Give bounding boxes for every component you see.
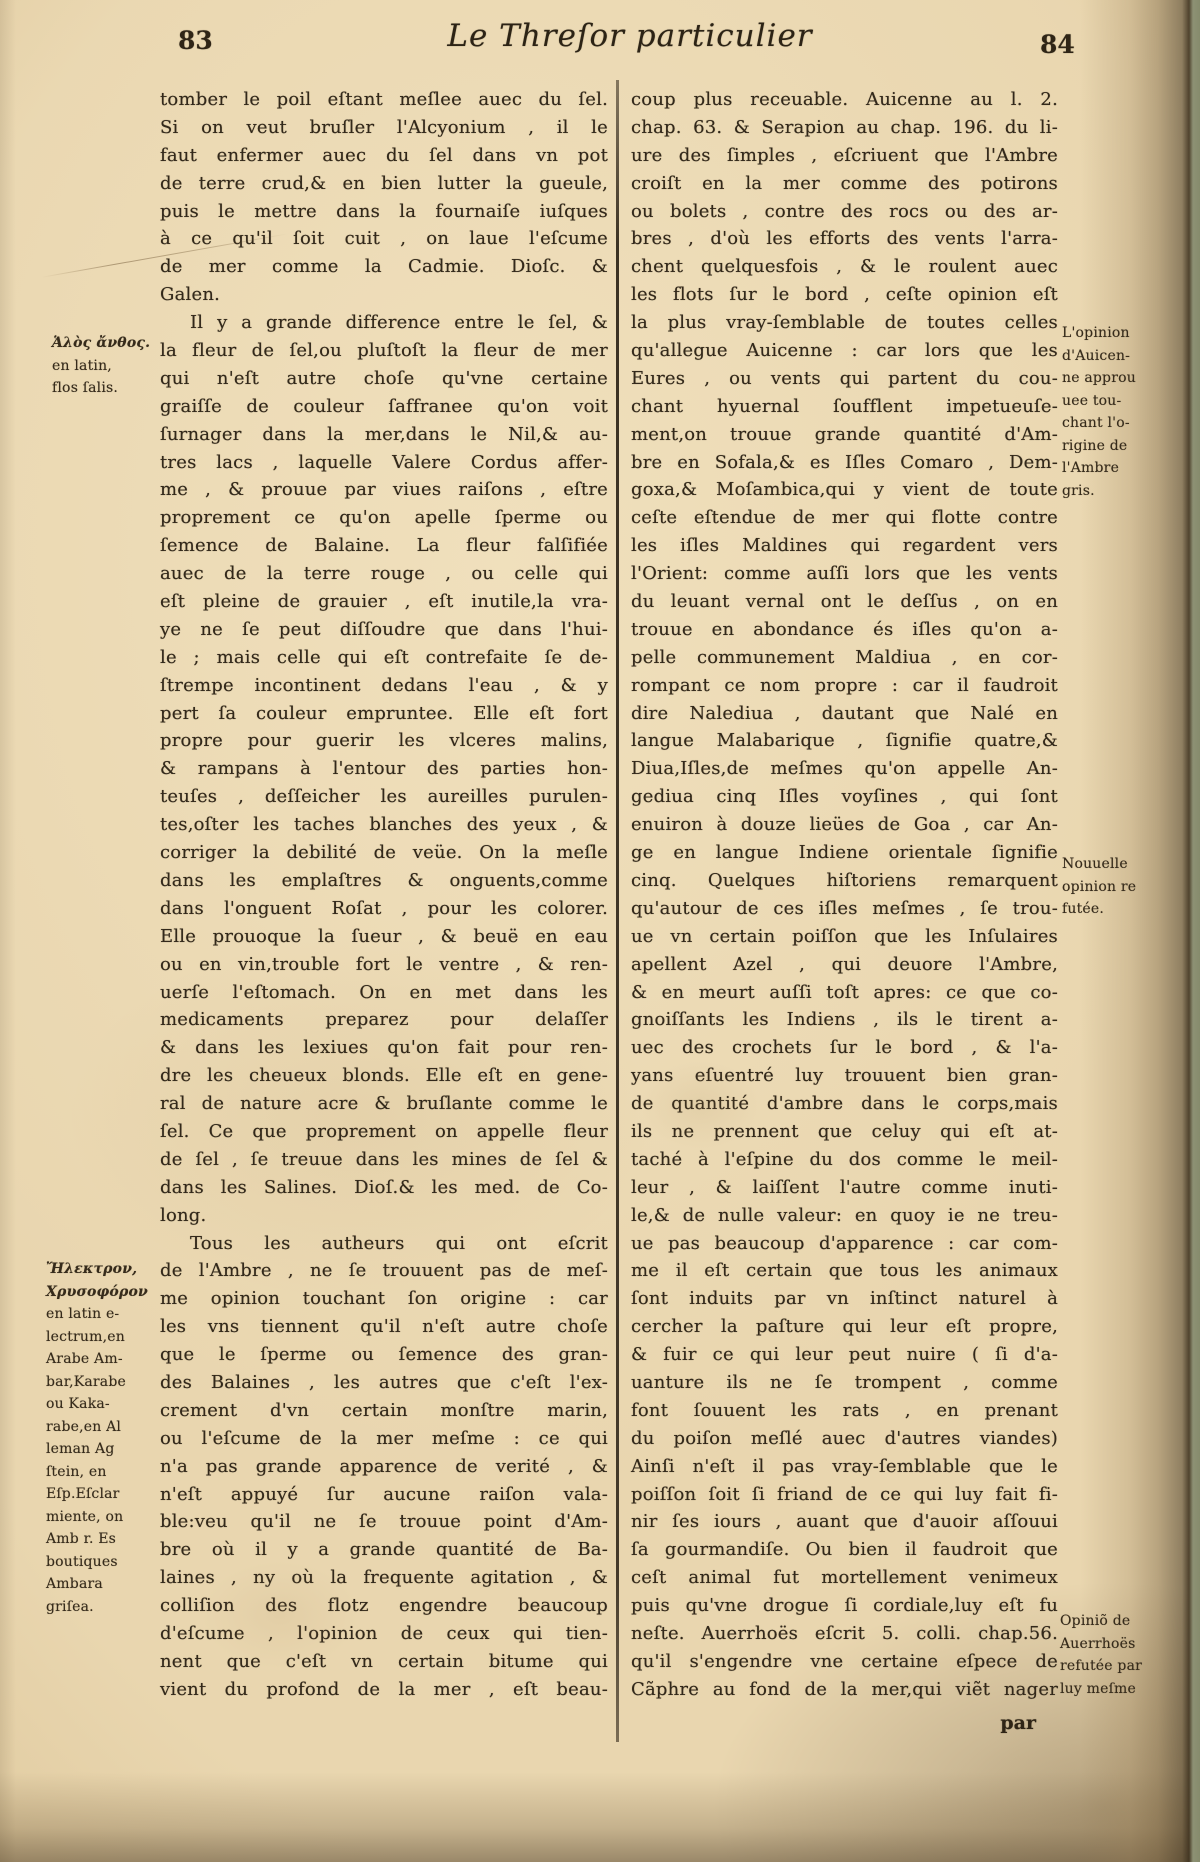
text-line: le ; mais celle qui eſt contrefaite ſe d… xyxy=(160,644,608,672)
text-line: croiſt en la mer comme des potirons xyxy=(631,170,1058,198)
margin-note-flos-salis: Ἁλὸς ἄνθος.en latin,flos ſalis. xyxy=(52,332,164,400)
text-line: ou en vin,trouble fort le ventre , & ren… xyxy=(160,951,608,979)
text-line: qu'autour de ces iſles meſmes , ſe trou- xyxy=(631,895,1058,923)
text-line: neſte. Auerrhoës eſcrit 5. colli. chap.5… xyxy=(631,1620,1058,1648)
text-line: uerſe l'eſtomach. On en met dans les xyxy=(160,979,608,1007)
text-line: tes,oſter les taches blanches des yeux ,… xyxy=(160,811,608,839)
text-line: qui n'eſt autre choſe qu'vne certaine xyxy=(160,365,608,393)
text-line: ou Kaka- xyxy=(46,1393,164,1416)
text-line: taché à l'eſpine du dos comme le meil- xyxy=(631,1146,1058,1174)
left-text-column: tomber le poil eſtant meſlee auec du ſel… xyxy=(160,86,608,1704)
text-line: Nouuelle xyxy=(1062,853,1184,876)
text-line: l'Ambre xyxy=(1062,457,1184,480)
text-line: cercher la paſture qui leur eſt propre, xyxy=(631,1313,1058,1341)
text-line: d'Auicen- xyxy=(1062,345,1184,368)
text-line: font ſouuent les rats , en prenant xyxy=(631,1397,1058,1425)
text-line: uee tou- xyxy=(1062,390,1184,413)
text-line: medicaments preparez pour delaſſer xyxy=(160,1006,608,1034)
text-line: & dans les lexiues qu'on fait pour ren- xyxy=(160,1034,608,1062)
text-line: langue Malabarique , ſignifie quatre,& xyxy=(631,727,1058,755)
text-line: des Balaines , les autres que c'eſt l'ex… xyxy=(160,1369,608,1397)
text-line: puis qu'vne drogue ſi cordiale,luy eſt f… xyxy=(631,1592,1058,1620)
text-line: Amb r. Es xyxy=(46,1528,164,1551)
text-line: opinion re xyxy=(1062,876,1184,899)
text-line: ure des ſimples , eſcriuent que l'Ambre xyxy=(631,142,1058,170)
text-line: Cãphre au fond de la mer,qui viẽt nager xyxy=(631,1676,1058,1704)
text-line: proprement ce qu'on apelle ſperme ou xyxy=(160,504,608,532)
text-line: lectrum,en xyxy=(46,1326,164,1349)
text-line: tres lacs , laquelle Valere Cordus affer… xyxy=(160,449,608,477)
text-line: Si on veut bruſler l'Alcyonium , il le xyxy=(160,114,608,142)
text-line: de terre crud,& en bien lutter la gueule… xyxy=(160,170,608,198)
text-line: n'eſt appuyé ſur aucune raiſon vala- xyxy=(160,1481,608,1509)
text-line: Tous les autheurs qui ont eſcrit xyxy=(160,1230,608,1258)
margin-note-opinion-avicenne: L'opiniond'Auicen-ne approuuee tou-chant… xyxy=(1062,322,1184,502)
text-line: Il y a grande difference entre le ſel, & xyxy=(160,309,608,337)
text-line: en latin e- xyxy=(46,1303,164,1326)
text-line: trouue en abondance és iſles qu'on a- xyxy=(631,616,1058,644)
text-line: les iſles Maldines qui regardent vers xyxy=(631,532,1058,560)
text-line: ou l'eſcume de la mer meſme : ce qui xyxy=(160,1425,608,1453)
text-line: me opinion touchant ſon origine : car xyxy=(160,1285,608,1313)
text-line: chap. 63. & Serapion au chap. 196. du li… xyxy=(631,114,1058,142)
paper-stain xyxy=(200,1560,360,1670)
text-line: me , & prouue par viues raiſons , eſtre xyxy=(160,476,608,504)
right-text-column: coup plus receuable. Auicenne au l. 2.ch… xyxy=(631,86,1058,1704)
text-line: Ἁλὸς ἄνθος. xyxy=(52,332,164,355)
text-line: bar,Karabe xyxy=(46,1371,164,1394)
text-line: tomber le poil eſtant meſlee auec du ſel… xyxy=(160,86,608,114)
text-line: Ἤλεκτρον, xyxy=(46,1258,164,1281)
text-line: enuiron à douze lieües de Goa , car An- xyxy=(631,811,1058,839)
text-line: futée. xyxy=(1062,898,1184,921)
text-line: ſa gourmandiſe. Ou bien il faudroit que xyxy=(631,1536,1058,1564)
text-line: pelle communement Maldiua , en cor- xyxy=(631,644,1058,672)
text-line: gnoiſſants les Indiens , ils le tirent a… xyxy=(631,1006,1058,1034)
text-line: griſea. xyxy=(46,1596,164,1619)
text-line: crement d'vn certain monſtre marin, xyxy=(160,1397,608,1425)
text-line: Ambara xyxy=(46,1573,164,1596)
text-line: Ainſi n'eſt il pas vray-ſemblable que le xyxy=(631,1453,1058,1481)
text-line: dans les Salines. Dioſ.& les med. de Co- xyxy=(160,1174,608,1202)
text-line: Arabe Am- xyxy=(46,1348,164,1371)
text-line: ou bolets , contre des rocs ou des ar- xyxy=(631,198,1058,226)
text-line: que le ſperme ou ſemence des gran- xyxy=(160,1341,608,1369)
text-line: faut enfermer auec du ſel dans vn pot xyxy=(160,142,608,170)
text-line: chant l'o- xyxy=(1062,412,1184,435)
text-line: Eures , ou vents qui partent du cou- xyxy=(631,365,1058,393)
text-line: ue vn certain poiſſon que les Inſulaires xyxy=(631,923,1058,951)
margin-note-opinion-averrhoes: Opiniõ deAuerrhoësrefutée parluy meſme xyxy=(1060,1610,1188,1700)
text-line: n'a pas grande apparence de verité , & xyxy=(160,1453,608,1481)
text-line: apellent Azel , qui deuore l'Ambre, xyxy=(631,951,1058,979)
text-line: ſont induits par vn inſtinct naturel à xyxy=(631,1285,1058,1313)
text-line: boutiques xyxy=(46,1551,164,1574)
text-line: ble:veu qu'il ne ſe trouue point d'Am- xyxy=(160,1508,608,1536)
text-line: la plus vray-ſemblable de toutes celles xyxy=(631,309,1058,337)
text-line: coup plus receuable. Auicenne au l. 2. xyxy=(631,86,1058,114)
text-line: auec de la terre rouge , ou celle qui xyxy=(160,560,608,588)
text-line: ſtein, en xyxy=(46,1461,164,1484)
text-line: qu'allegue Auicenne : car lors que les xyxy=(631,337,1058,365)
text-line: en latin, xyxy=(52,355,164,378)
text-line: dire Nalediua , dautant que Nalé en xyxy=(631,700,1058,728)
running-title: Le Threſor particulier xyxy=(330,18,930,54)
text-line: long. xyxy=(160,1202,608,1230)
page-number-left: 83 xyxy=(178,26,213,55)
text-line: les flots ſur le bord , ceſte opinion eſ… xyxy=(631,281,1058,309)
text-line: la fleur de ſel,ou pluſtoſt la fleur de … xyxy=(160,337,608,365)
text-line: ceſt animal fut mortellement venimeux xyxy=(631,1564,1058,1592)
text-line: ral de nature acre & bruſlante comme le xyxy=(160,1090,608,1118)
text-line: chant hyuernal ſoufflent impetueuſe- xyxy=(631,393,1058,421)
text-line: chent quelquesfois , & le roulent auec xyxy=(631,253,1058,281)
text-line: Opiniõ de xyxy=(1060,1610,1188,1633)
text-line: pert ſa couleur empruntee. Elle eſt fort xyxy=(160,700,608,728)
text-line: du leuant vernal ont le deſſus , on en xyxy=(631,588,1058,616)
text-line: qu'il s'engendre vne certaine eſpece de xyxy=(631,1648,1058,1676)
text-line: me il eſt certain que tous les animaux xyxy=(631,1257,1058,1285)
text-line: refutée par xyxy=(1060,1655,1188,1678)
text-line: ceſte eſtendue de mer qui flotte contre xyxy=(631,504,1058,532)
text-line: dans l'onguent Roſat , pour les colorer. xyxy=(160,895,608,923)
text-line: ſel. Ce que proprement on appelle fleur xyxy=(160,1118,608,1146)
margin-note-electrum: Ἤλεκτρον,Χρυσοφόρονen latin e-lectrum,en… xyxy=(46,1258,164,1618)
text-line: les vns tiennent qu'il n'eſt autre choſe xyxy=(160,1313,608,1341)
text-line: & en meurt auſſi toſt apres: ce que co- xyxy=(631,979,1058,1007)
text-line: eſt pleine de grauier , eſt inutile,la v… xyxy=(160,588,608,616)
text-line: corriger la debilité de veüe. On la meſl… xyxy=(160,839,608,867)
text-line: de l'Ambre , ne ſe trouuent pas de meſ- xyxy=(160,1257,608,1285)
text-line: du poiſon meſlé auec d'autres viandes) xyxy=(631,1425,1058,1453)
text-line: Diua,Iſles,de meſmes qu'on appelle An- xyxy=(631,755,1058,783)
text-line: bre en Sofala,& es Iſles Comaro , Dem- xyxy=(631,449,1058,477)
text-line: ye ne ſe peut diſſoudre que dans l'hui- xyxy=(160,616,608,644)
text-line: flos ſalis. xyxy=(52,377,164,400)
text-line: leur , & laiſſent l'autre comme inuti- xyxy=(631,1174,1058,1202)
page-number-right: 84 xyxy=(1040,30,1075,59)
text-line: à ce qu'il ſoit cuit , on laue l'eſcume xyxy=(160,225,608,253)
text-line: uec des crochets ſur le bord , & l'a- xyxy=(631,1034,1058,1062)
text-line: ment,on trouue grande quantité d'Am- xyxy=(631,421,1058,449)
text-line: bre où il y a grande quantité de Ba- xyxy=(160,1536,608,1564)
text-line: luy meſme xyxy=(1060,1678,1188,1701)
margin-note-nouvelle-opinion: Nouuelleopinion refutée. xyxy=(1062,853,1184,921)
text-line: Auerrhoës xyxy=(1060,1633,1188,1656)
text-line: propre pour guerir les vlceres malins, xyxy=(160,727,608,755)
column-divider-rule xyxy=(616,80,619,1742)
text-line: dans les emplaſtres & onguents,comme xyxy=(160,867,608,895)
text-line: Elle prouoque la ſueur , & beuë en eau xyxy=(160,923,608,951)
text-line: l'Orient: comme auſſi lors que les vents xyxy=(631,560,1058,588)
text-line: bres , d'où les efforts des vents l'arra… xyxy=(631,225,1058,253)
text-line: leman Ag xyxy=(46,1438,164,1461)
text-line: gris. xyxy=(1062,480,1184,503)
text-line: nir ſes iours , auant que d'auoir aſſouu… xyxy=(631,1508,1058,1536)
text-line: de ſel , ſe treuue dans les mines de ſel… xyxy=(160,1146,608,1174)
text-line: cinq. Quelques hiſtoriens remarquent xyxy=(631,867,1058,895)
text-line: ue pas beaucoup d'apparence : car com- xyxy=(631,1230,1058,1258)
text-line: & fuir ce qui leur peut nuire ( ſi d'a- xyxy=(631,1341,1058,1369)
text-line: le,& de nulle valeur: en quoy ie ne treu… xyxy=(631,1202,1058,1230)
catchword: par xyxy=(631,1712,1058,1734)
text-line: rompant ce nom propre : car il faudroit xyxy=(631,672,1058,700)
text-line: uanture ils ne ſe trompent , comme xyxy=(631,1369,1058,1397)
text-line: rigine de xyxy=(1062,435,1184,458)
text-line: ne approu xyxy=(1062,367,1184,390)
text-line: graiſſe de couleur ſaffranee qu'on voit xyxy=(160,393,608,421)
text-line: ſurnager dans la mer,dans le Nil,& au- xyxy=(160,421,608,449)
text-line: de mer comme la Cadmie. Dioſc. & xyxy=(160,253,608,281)
text-line: goxa,& Moſambica,qui y vient de toute xyxy=(631,476,1058,504)
text-line: Eſp.Eſclar xyxy=(46,1483,164,1506)
text-line: L'opinion xyxy=(1062,322,1184,345)
text-line: puis le mettre dans la fournaiſe iuſques xyxy=(160,198,608,226)
text-line: poiſſon ſoit ſi friand de ce qui luy fai… xyxy=(631,1481,1058,1509)
text-line: gediua cinq Iſles voyſines , qui ſont xyxy=(631,783,1058,811)
text-line: & rampans à l'entour des parties hon- xyxy=(160,755,608,783)
text-line: ſtrempe incontinent dedans l'eau , & y xyxy=(160,672,608,700)
text-line: teuſes , deſſeicher les aureilles purule… xyxy=(160,783,608,811)
text-line: miente, on xyxy=(46,1506,164,1529)
paper-stain xyxy=(640,1060,760,1150)
text-line: Galen. xyxy=(160,281,608,309)
text-line: ſemence de Balaine. La fleur falſifiée xyxy=(160,532,608,560)
text-line: dre les cheueux blonds. Elle eſt en gene… xyxy=(160,1062,608,1090)
text-line: ge en langue Indiene orientale ſignifie xyxy=(631,839,1058,867)
text-line: rabe,en Al xyxy=(46,1416,164,1439)
book-page-scan: 83 Le Threſor particulier 84 tomber le p… xyxy=(0,0,1200,1862)
text-line: vient du profond de la mer , eſt beau- xyxy=(160,1676,608,1704)
text-line: Χρυσοφόρον xyxy=(46,1281,164,1304)
